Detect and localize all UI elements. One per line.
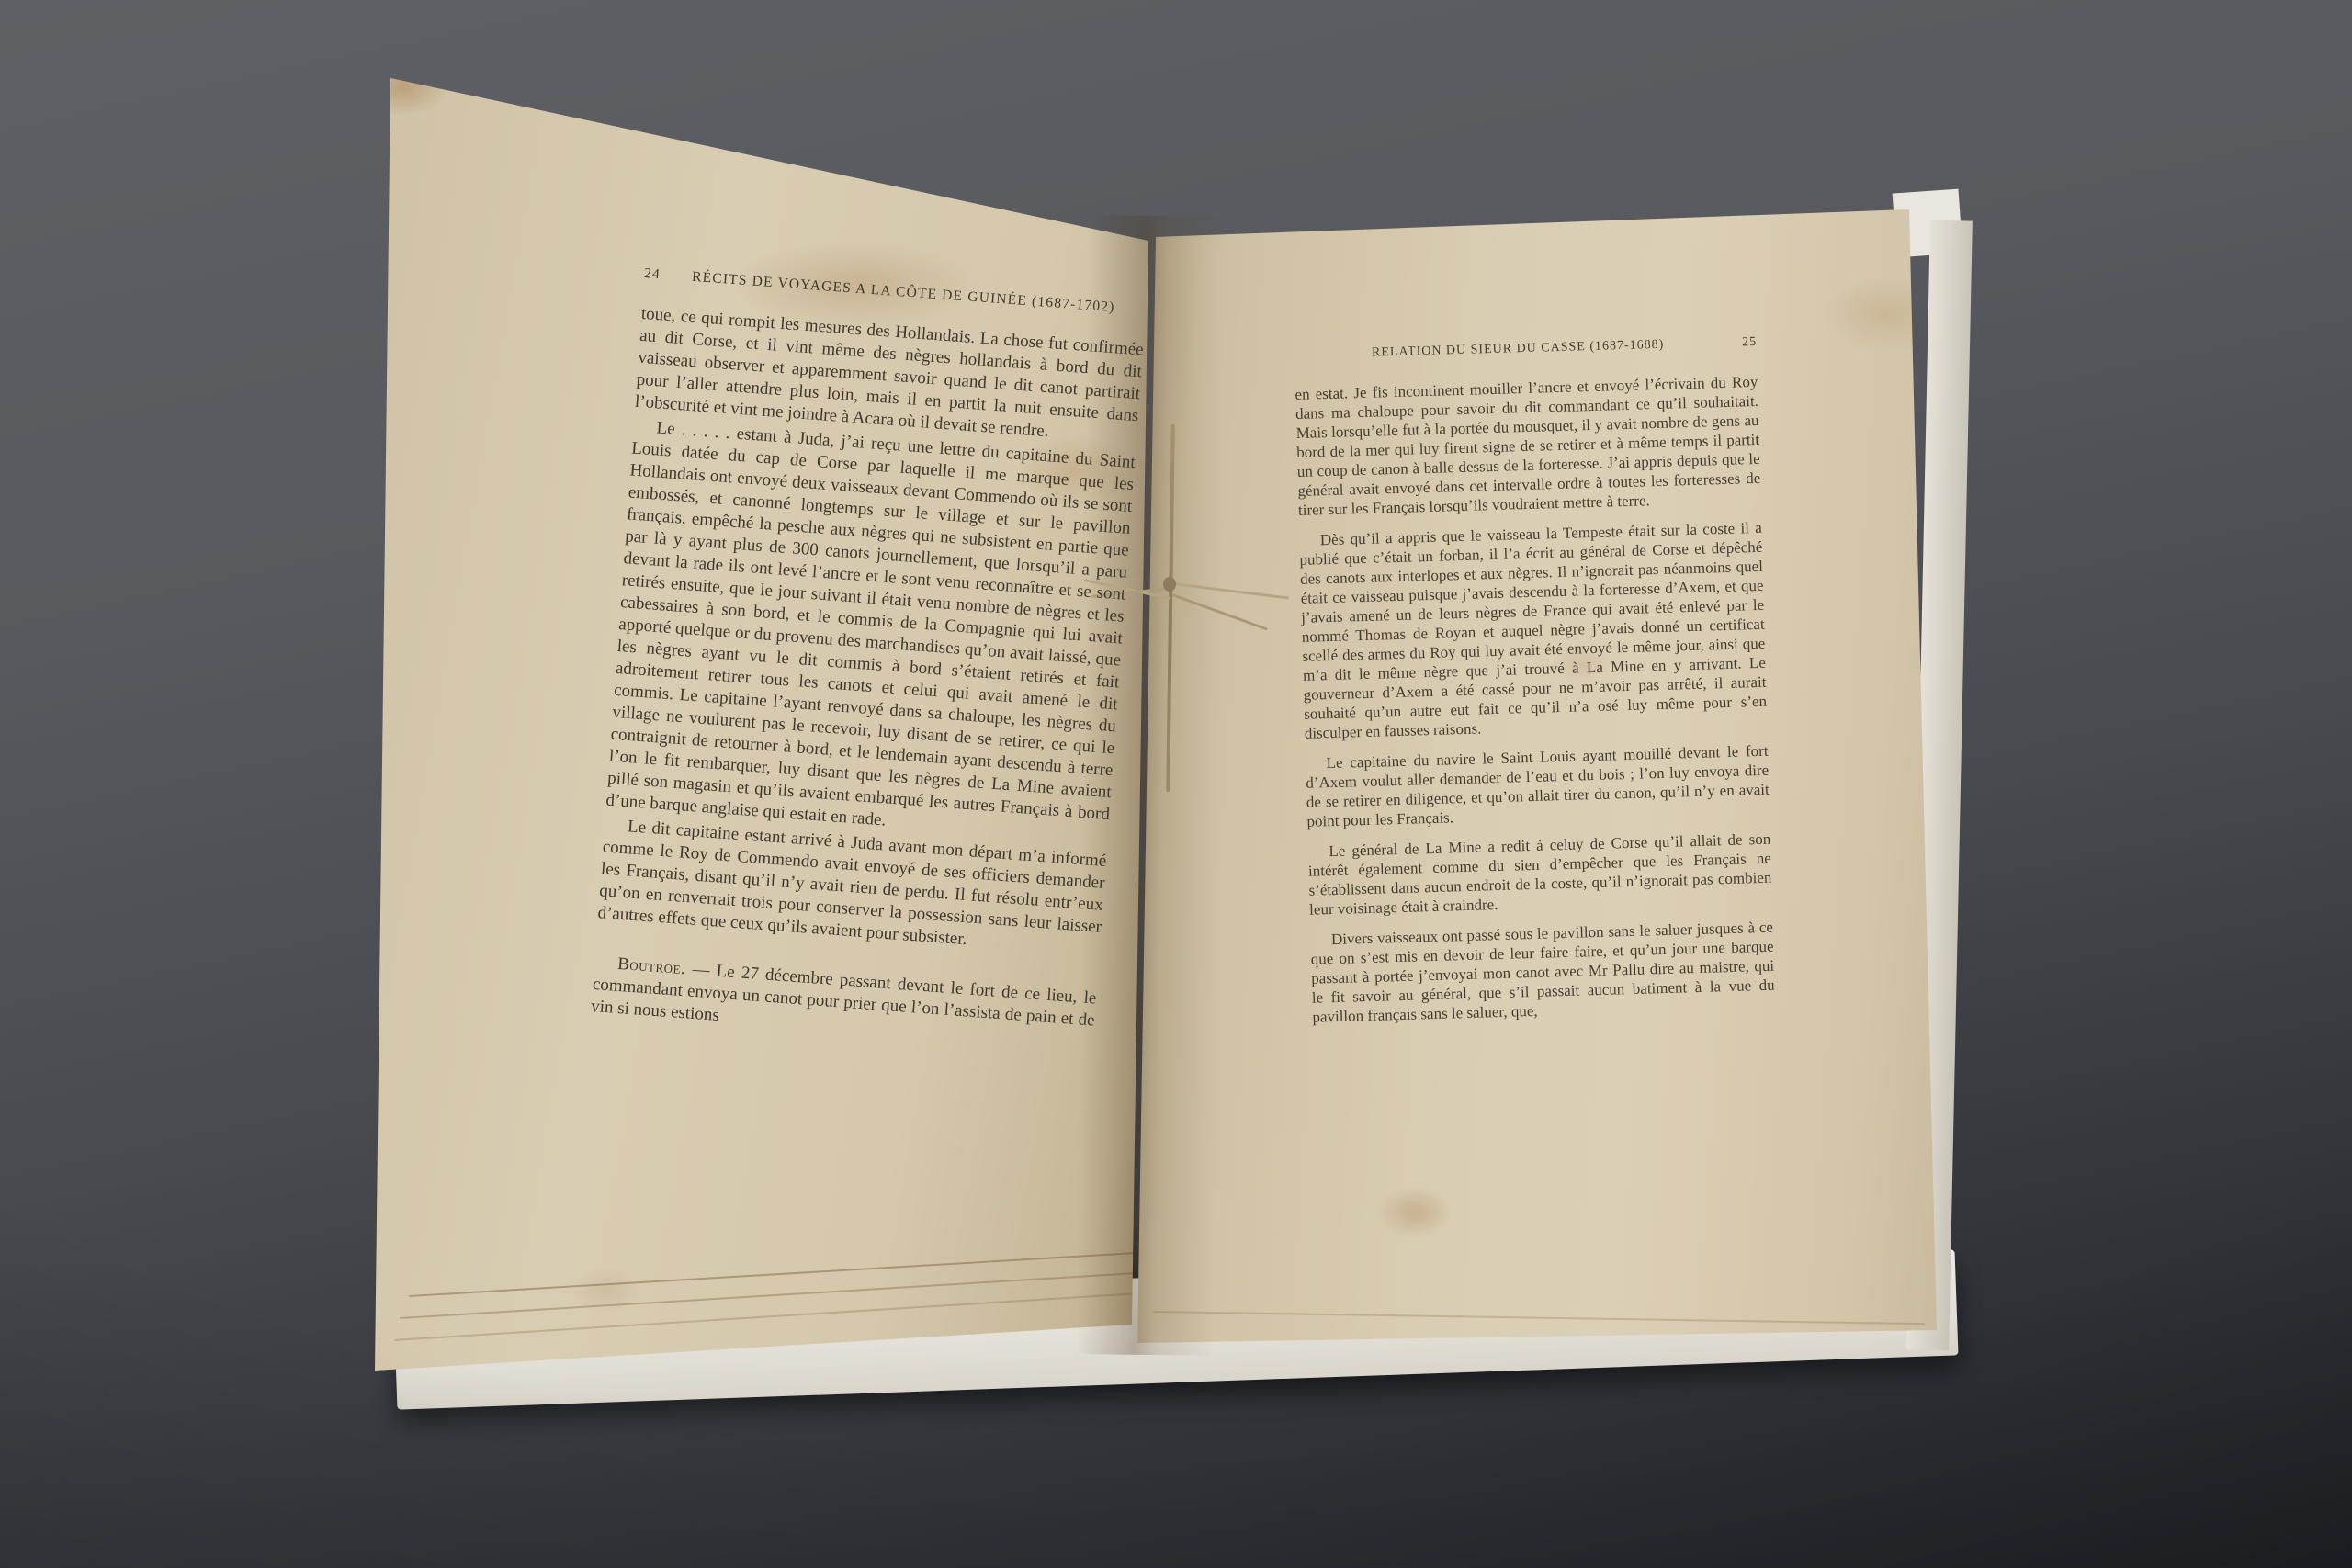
paragraph: Le général de La Mine a redit à celuy de…	[1307, 829, 1772, 919]
right-page-text: RELATION DU SIEUR DU CASSE (1687-1688) 2…	[1294, 333, 1776, 1038]
page-stack-edge	[409, 1252, 1134, 1297]
page-stack-edge	[400, 1272, 1134, 1319]
paragraph: Divers vaisseaux ont passé sous le pavil…	[1310, 918, 1776, 1027]
paragraph: Le capitaine du navire le Saint Louis ay…	[1305, 741, 1770, 831]
left-page-text: 24 RÉCITS DE VOYAGES A LA CÔTE DE GUINÉE…	[590, 263, 1147, 1056]
photo-backdrop: 24 RÉCITS DE VOYAGES A LA CÔTE DE GUINÉE…	[0, 0, 2352, 1568]
paragraph: en estat. Je fis incontinent mouiller l’…	[1295, 372, 1761, 520]
paragraph: Le . . . . . estant à Juda, j’ai reçu un…	[605, 416, 1136, 849]
right-page-number: 25	[1742, 333, 1758, 352]
binding-thread	[1166, 424, 1175, 792]
paragraph: Dès qu’il a appris que le vaisseau la Te…	[1299, 518, 1768, 743]
binding-knot	[1163, 577, 1176, 592]
speaker-label: Boutroe.	[617, 954, 686, 978]
left-page-number: 24	[643, 263, 661, 286]
page-stack-edge	[1153, 1311, 1925, 1325]
binding-string	[1165, 424, 1174, 810]
